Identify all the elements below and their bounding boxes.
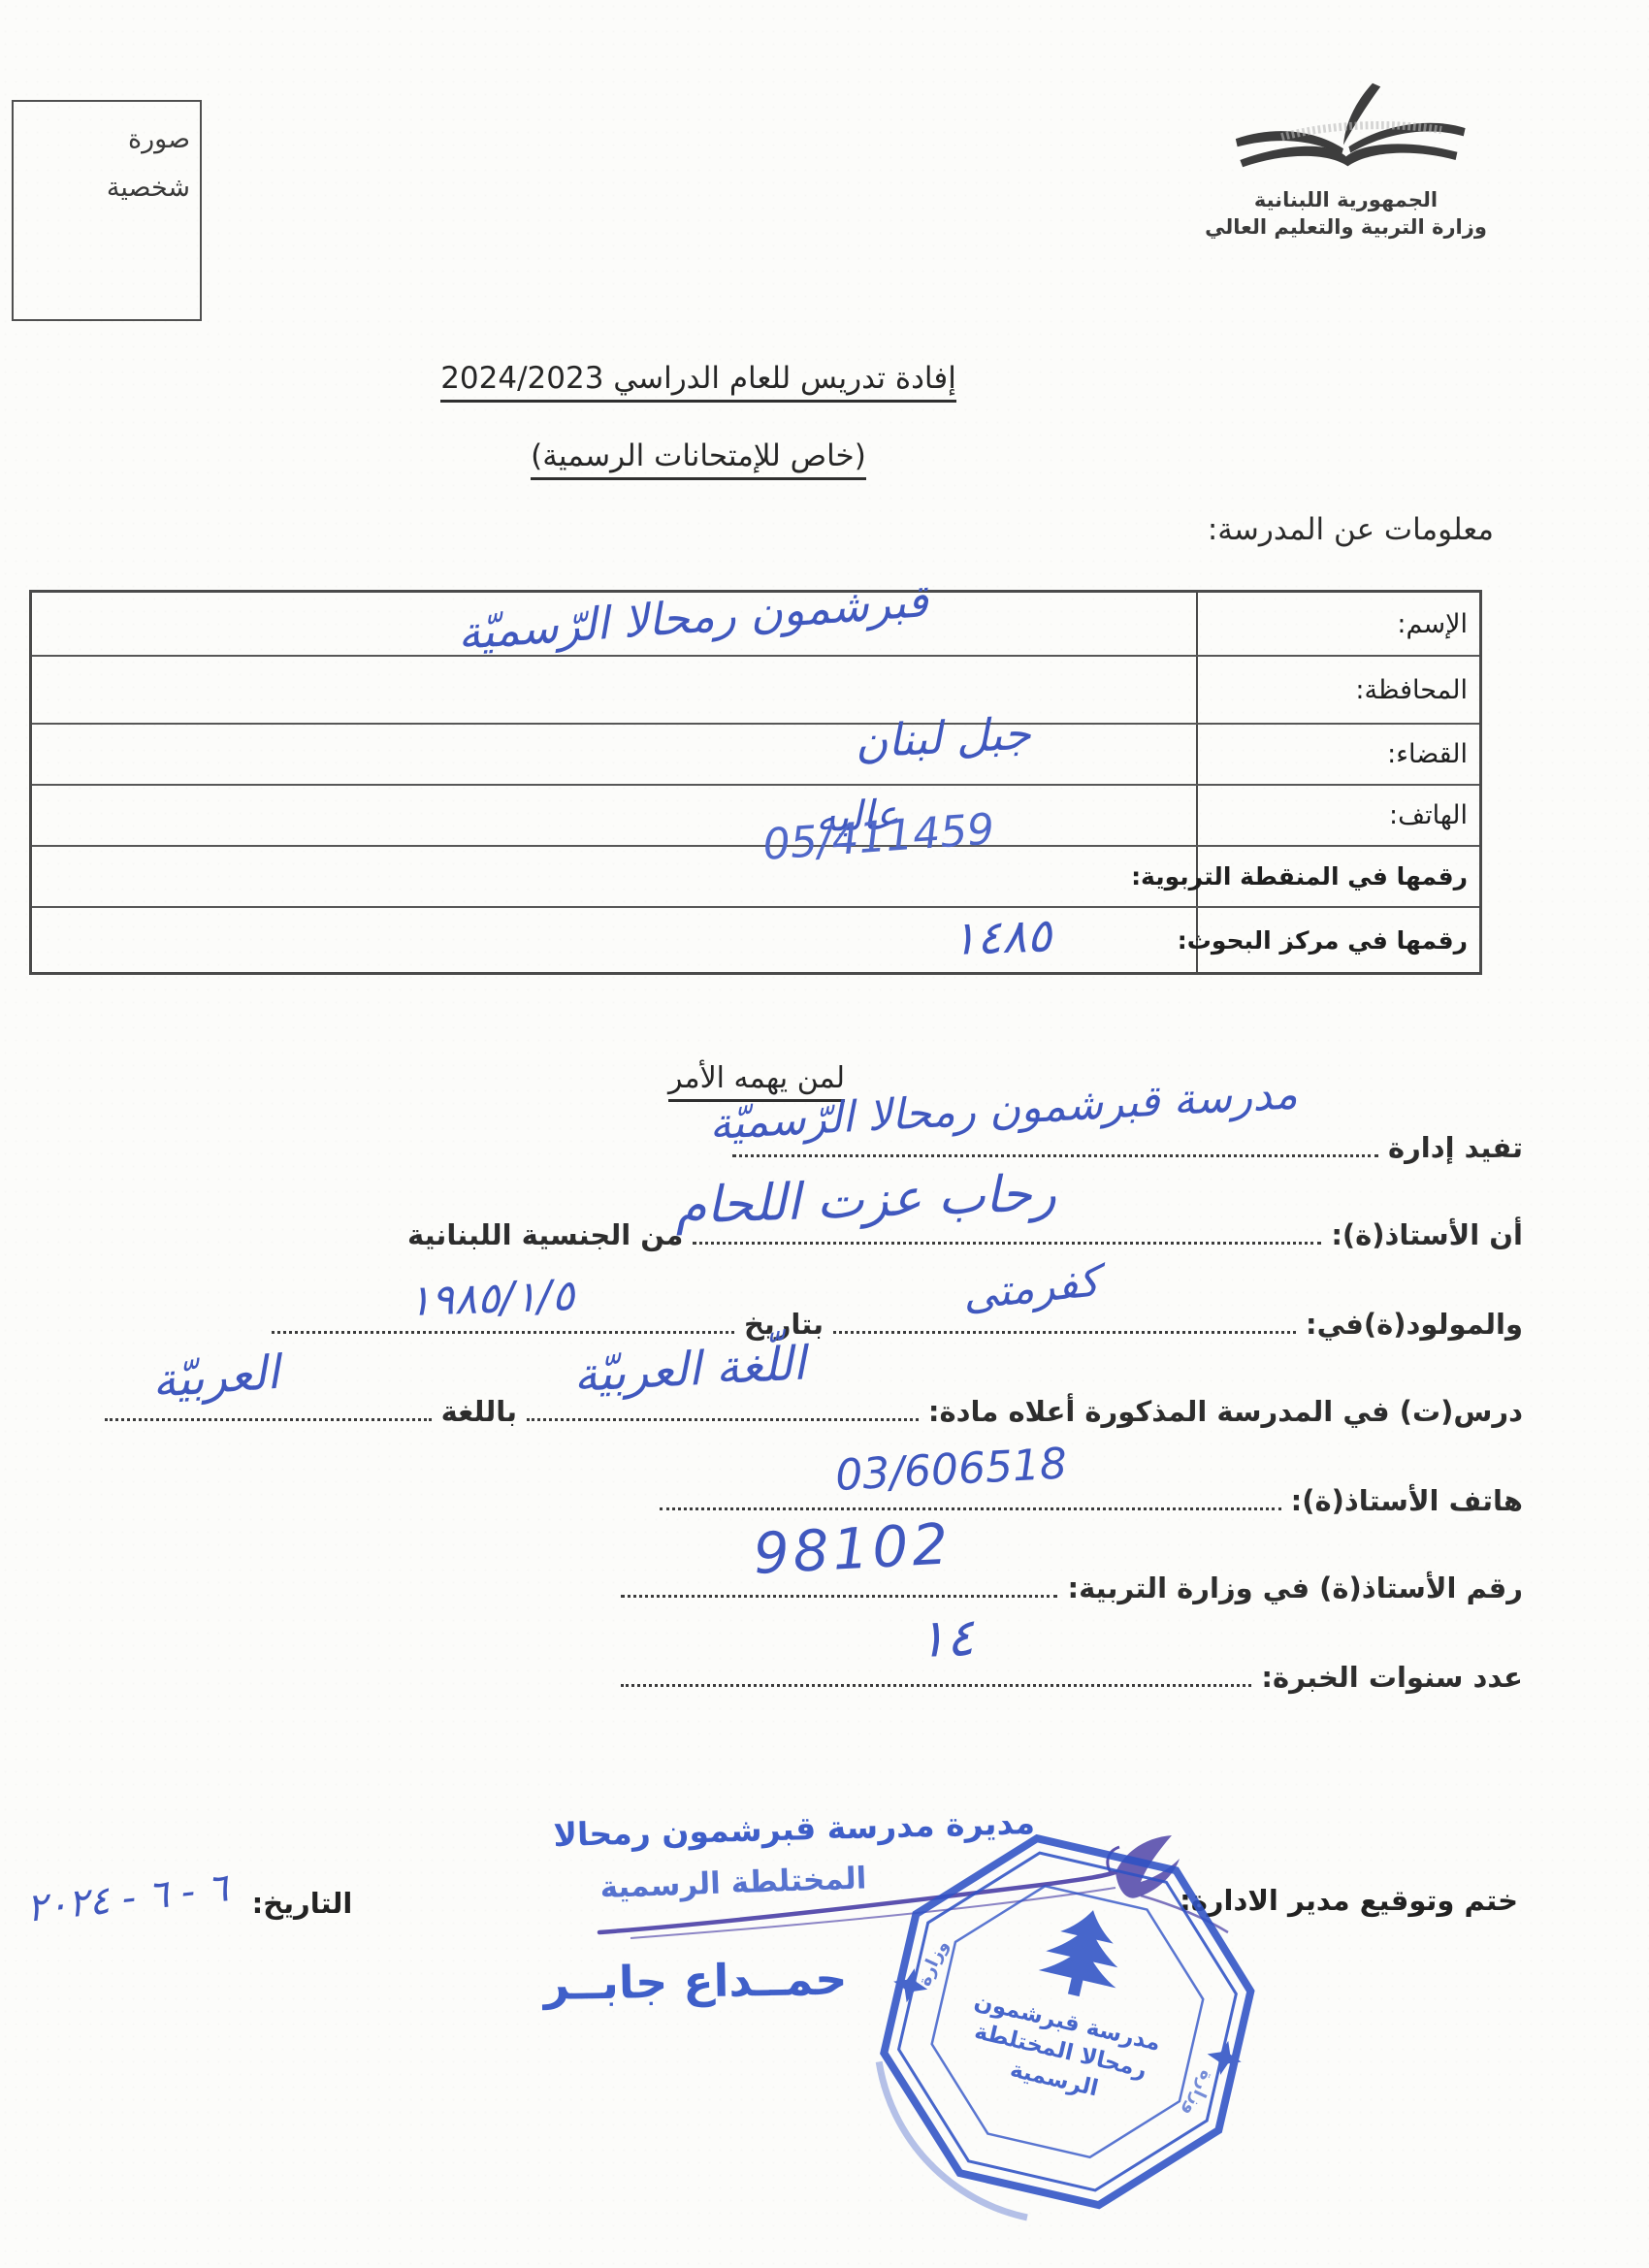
scanned-document-page: صورة شخصية الجمهورية اللبنانية وزارة الت… (0, 0, 1649, 2268)
dotted-leader (621, 1684, 1251, 1687)
letter-line-subject: درس(ت) في المدرسة المذكورة أعلاه مادة: ب… (105, 1395, 1523, 1428)
line4-label: درس(ت) في المدرسة المذكورة أعلاه مادة: (928, 1395, 1523, 1428)
cedar-tree-icon (1035, 1901, 1132, 2004)
school-info-heading: معلومات عن المدرسة: (1208, 512, 1494, 547)
row-value-cell (32, 847, 1196, 906)
ministry-name: وزارة التربية والتعليم العالي (1198, 213, 1494, 241)
line6-label: رقم الأستاذ(ة) في وزارة التربية: (1067, 1571, 1523, 1604)
school-info-table: الإسم: المحافظة: القضاء: الهاتف: رقمها ف… (29, 590, 1482, 975)
dotted-leader (527, 1418, 919, 1421)
ministry-open-book-logo-icon (1224, 76, 1471, 184)
row-label-district: القضاء: (1196, 725, 1479, 784)
table-row: القضاء: (32, 725, 1479, 786)
handwritten-teaching-language: العربيّة (150, 1345, 281, 1409)
handwritten-experience-years: ١٤ (917, 1606, 975, 1669)
photo-box-line1: صورة (14, 115, 190, 164)
document-title: إفادة تدريس للعام الدراسي 2024/2023 (417, 361, 980, 403)
handwritten-birthdate: ١٩٨٥/١/٥ (407, 1271, 575, 1326)
table-row: رقمها في مركز البحوث: (32, 908, 1479, 972)
document-subtitle: (خاص للإمتحانات الرسمية) (417, 438, 980, 480)
dotted-leader (693, 1242, 1321, 1245)
table-row: الهاتف: (32, 786, 1479, 847)
line7-label: عدد سنوات الخبرة: (1261, 1661, 1523, 1694)
date-label: التاريخ: (252, 1887, 353, 1920)
letter-line-teacher-phone: هاتف الأستاذ(ة): (660, 1484, 1523, 1517)
row-value-cell (32, 786, 1196, 845)
document-title-text: إفادة تدريس للعام الدراسي 2024/2023 (440, 361, 956, 403)
handwritten-date: ٦ - ٦ - ٢٠٢٤ (24, 1865, 230, 1931)
handwritten-governorate: جبل لبنان (854, 707, 1032, 768)
dotted-leader (105, 1418, 432, 1421)
line3-date-label: بتاريخ (744, 1308, 824, 1341)
line4-language-label: باللغة (441, 1395, 517, 1428)
official-octagonal-seal-icon: مدرسة قبرشمون رمحالا المختلطة الرسمية وز… (824, 1802, 1309, 2249)
table-row: رقمها في المنقطة التربوية: (32, 847, 1479, 908)
letter-line-experience: عدد سنوات الخبرة: (621, 1661, 1523, 1694)
date-block: التاريخ: ٦ - ٦ - ٢٠٢٤ (24, 1887, 352, 1931)
row-label-governorate: المحافظة: (1196, 657, 1479, 723)
dotted-leader (660, 1507, 1281, 1510)
line2-label: أن الأستاذ(ة): (1331, 1218, 1523, 1251)
dotted-leader (732, 1154, 1378, 1157)
row-label-research-center-number: رقمها في مركز البحوث: (1196, 908, 1479, 972)
row-label-name: الإسم: (1196, 593, 1479, 655)
handwritten-ministry-number: 98102 (752, 1510, 954, 1587)
photo-placeholder-box: صورة شخصية (12, 100, 202, 321)
document-subtitle-text: (خاص للإمتحانات الرسمية) (531, 438, 866, 480)
row-label-educational-zone-number: رقمها في المنقطة التربوية: (1196, 847, 1479, 906)
table-row: المحافظة: (32, 657, 1479, 725)
row-label-phone: الهاتف: (1196, 786, 1479, 845)
handwritten-subject: اللّغة العربيّة (572, 1336, 807, 1402)
dotted-leader (833, 1331, 1296, 1334)
line3-label: والمولود(ة)في: (1306, 1308, 1523, 1341)
photo-box-line2: شخصية (14, 164, 190, 212)
republic-name: الجمهورية اللبنانية (1198, 186, 1494, 213)
dotted-leader (272, 1331, 734, 1334)
ministry-header-text: الجمهورية اللبنانية وزارة التربية والتعل… (1198, 186, 1494, 242)
dotted-leader (621, 1595, 1057, 1598)
seal-ring-text-top: وزارة التربية والتعليم العالي (824, 1802, 995, 1996)
line1-label: تفيد إدارة (1388, 1131, 1523, 1164)
handwritten-research-center-number: ١٤٨٥ (951, 908, 1052, 966)
line2-nationality-text: من الجنسية اللبنانية (407, 1218, 683, 1251)
line5-label: هاتف الأستاذ(ة): (1291, 1484, 1523, 1517)
